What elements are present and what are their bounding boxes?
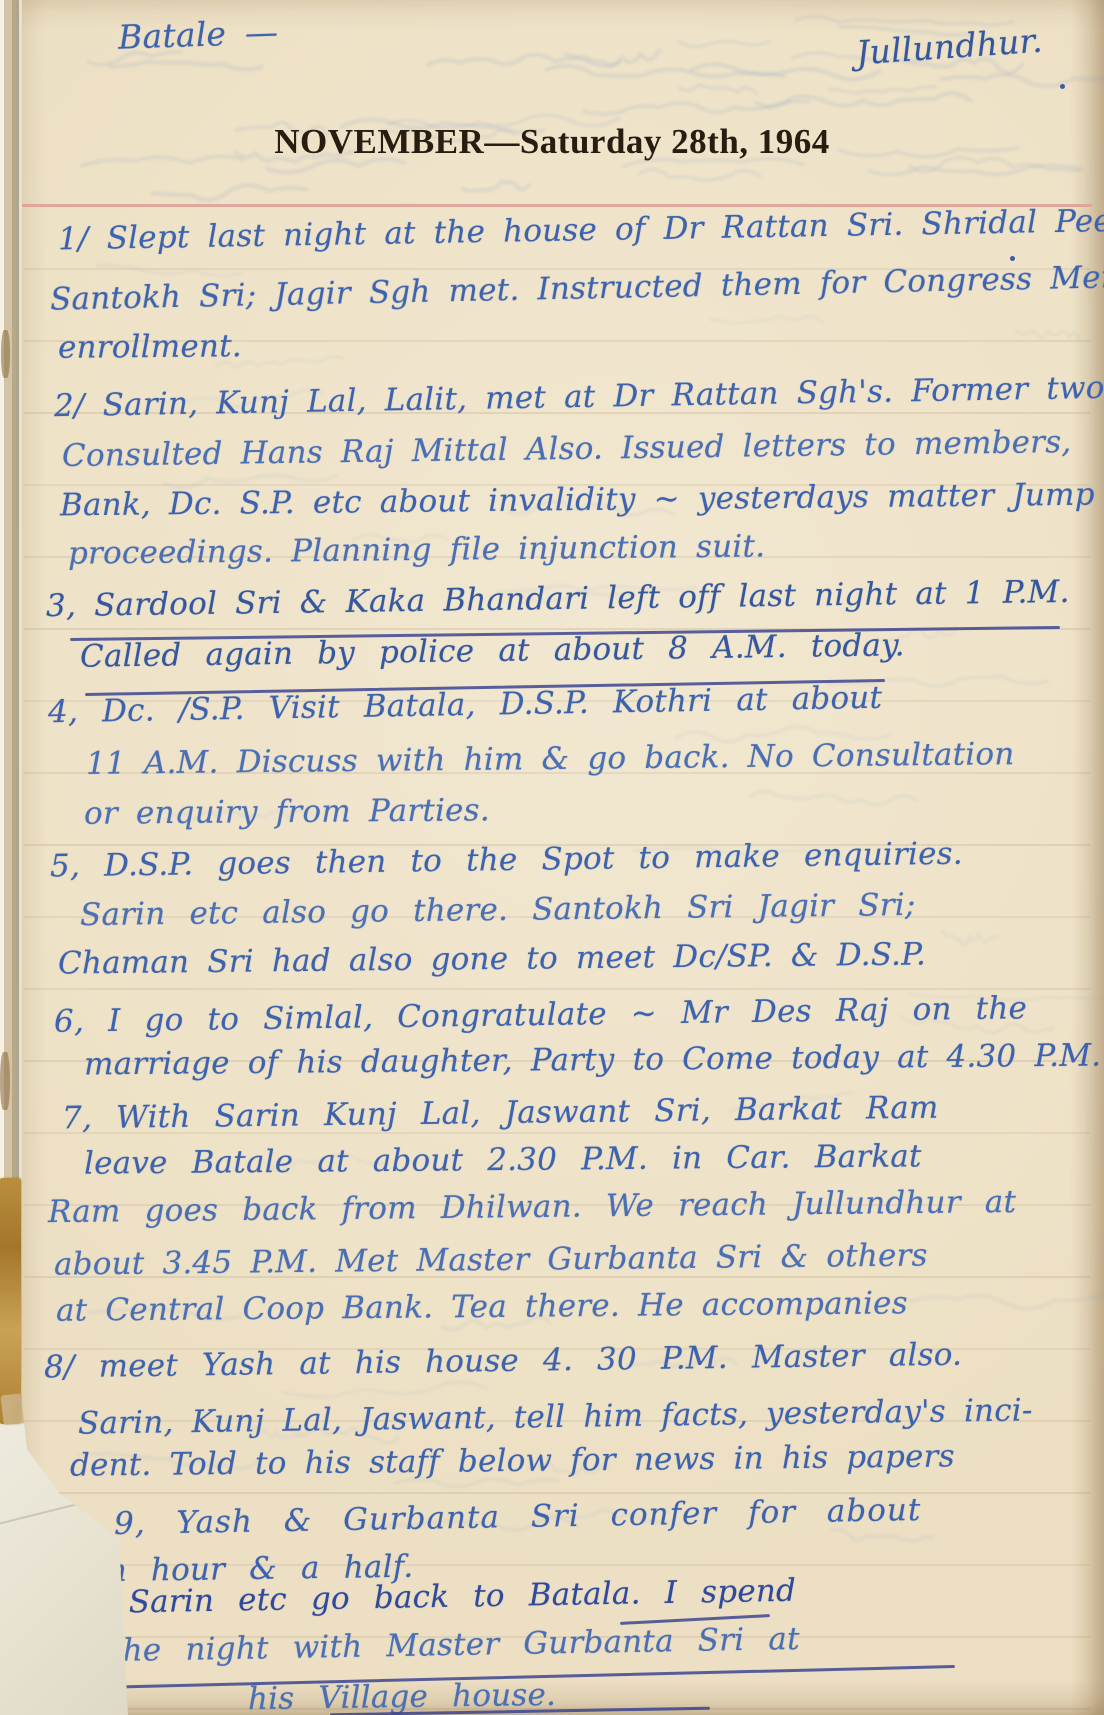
ghost-stroke [97, 265, 242, 275]
handwriting-line: Consulted Hans Raj Mittal Also. Issued l… [62, 427, 1072, 472]
location-annotation-left: Batale — [117, 15, 278, 54]
handwriting-line: Sarin etc also go there. Santokh Sri Jag… [80, 890, 916, 931]
ghost-stroke [832, 1529, 932, 1541]
ghost-stroke [110, 61, 261, 69]
ghost-stroke [584, 101, 809, 114]
handwriting-line: 8/ meet Yash at his house 4. 30 P.M. Mas… [44, 1340, 962, 1384]
ghost-stroke [942, 931, 998, 945]
ghost-stroke [678, 41, 769, 46]
ghost-stroke [941, 75, 1104, 86]
handwriting-line: 7, With Sarin Kunj Lal, Jaswant Sri, Bar… [62, 1093, 939, 1135]
handwriting-line: 3, Sardool Sri & Kaka Bhandari left off … [46, 577, 1070, 622]
ghost-stroke [565, 50, 659, 66]
ink-dot [1010, 256, 1015, 261]
ghost-stroke [756, 93, 971, 107]
ghost-stroke [751, 791, 916, 804]
ghost-stroke [830, 87, 935, 94]
handwriting-line: 2/ Sarin, Kunj Lal, Lalit, met at Dr Rat… [54, 373, 1104, 422]
handwriting-line: 6, I go to Simlal, Congratulate ~ Mr Des… [54, 993, 1027, 1038]
handwriting-line: 4, Dc. /S.P. Visit Batala, D.S.P. Kothri… [48, 683, 883, 729]
ink-dot [1060, 84, 1065, 89]
handwriting-line: leave Batale at about 2.30 P.M. in Car. … [84, 1141, 922, 1179]
ghost-stroke [395, 1479, 558, 1487]
repair-tape [0, 1178, 21, 1424]
ruled-line [24, 1492, 1090, 1494]
handwriting-line: marriage of his daughter, Party to Come … [84, 1041, 1102, 1081]
handwriting-line: dent. Told to his staff below for news i… [70, 1441, 955, 1481]
spine-stain [0, 1052, 10, 1110]
handwriting-line: Chaman Sri had also gone to meet Dc/SP. … [58, 939, 926, 979]
ghost-stroke [711, 316, 823, 323]
handwriting-line: at Central Coop Bank. Tea there. He acco… [56, 1288, 908, 1326]
ghost-stroke [909, 1296, 1103, 1309]
handwriting-line: or enquiry from Parties. [84, 795, 490, 830]
diary-page: NOVEMBER—Saturday 28th, 1964 Batale — Ju… [0, 0, 1104, 1715]
ghost-stroke [1016, 330, 1079, 340]
ghost-stroke [639, 169, 760, 180]
printed-date-header: NOVEMBER—Saturday 28th, 1964 [0, 122, 1104, 162]
ruled-line [24, 988, 1090, 990]
handwriting-line: Ram goes back from Dhilwan. We reach Jul… [48, 1187, 1016, 1228]
handwriting-line: proceedings. Planning file injunction su… [68, 531, 765, 569]
ghost-stroke [463, 182, 528, 191]
ghost-stroke [428, 55, 619, 66]
handwriting-line: 9, Yash & Gurbanta Sri confer for about [114, 1495, 922, 1540]
handwriting-line: the night with Master Gurbanta Sri at [110, 1624, 800, 1667]
handwriting-line: 1/ Slept last night at the house of Dr R… [58, 206, 1104, 256]
ghost-stroke [870, 165, 1081, 174]
ghost-stroke [796, 16, 1013, 25]
ghost-stroke [680, 85, 757, 94]
ghost-stroke [546, 66, 784, 77]
handwriting-line: Bank, Dc. S.P. etc about invalidity ~ ye… [60, 480, 1095, 522]
handwriting-line: Sarin, Kunj Lal, Jaswant, tell him facts… [78, 1395, 1033, 1439]
ghost-stroke [692, 64, 879, 79]
handwriting-line: enrollment. [58, 331, 242, 364]
handwriting-line: about 3.45 P.M. Met Master Gurbanta Sri … [54, 1240, 928, 1280]
diary-scan: NOVEMBER—Saturday 28th, 1964 Batale — Ju… [0, 0, 1104, 1715]
ghost-stroke [283, 1382, 487, 1397]
location-annotation-right: Jullundhur. [855, 24, 1043, 70]
spine-stain [1, 330, 10, 378]
ghost-stroke [153, 185, 307, 200]
